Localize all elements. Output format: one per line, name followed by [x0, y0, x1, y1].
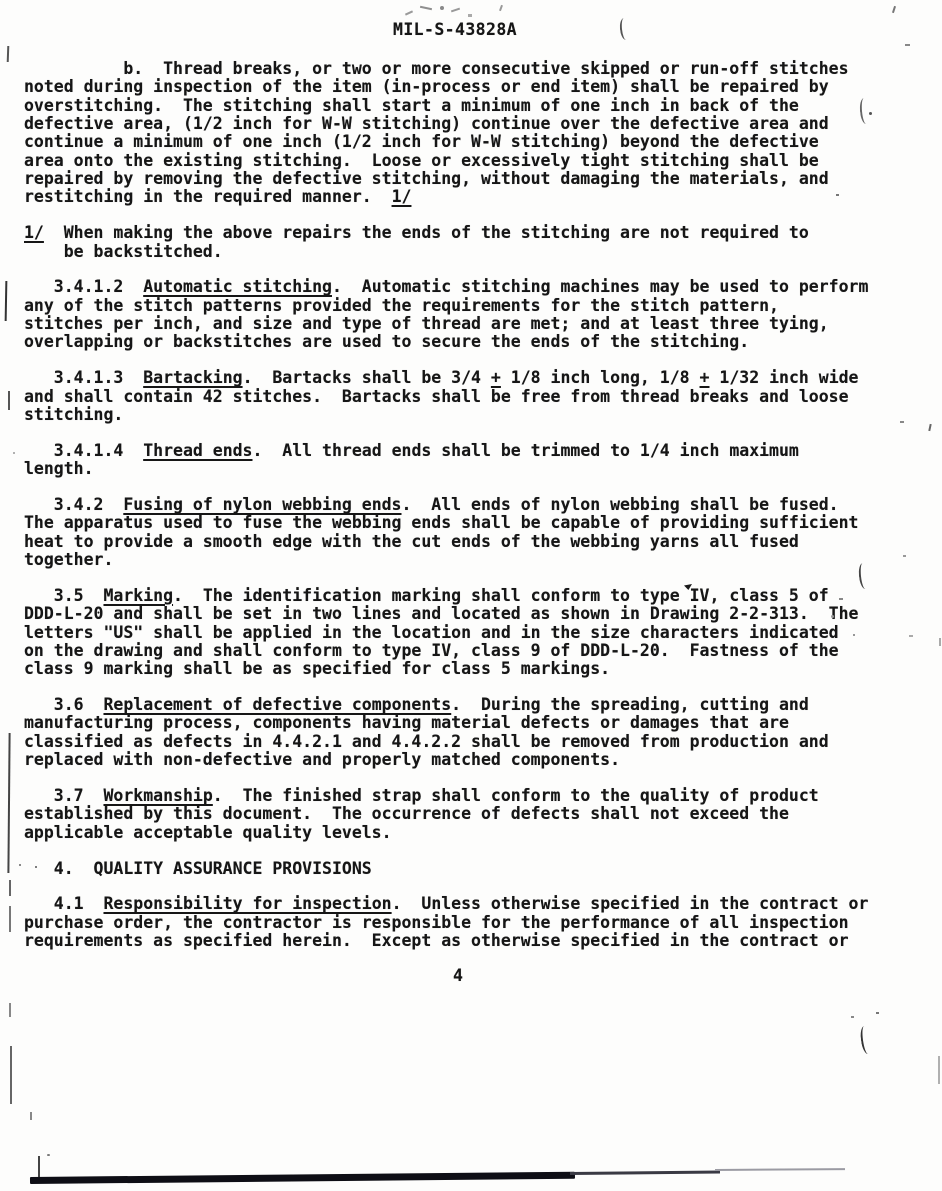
scan-speck [836, 194, 839, 196]
underlined-text: Replacement of defective components [103, 695, 451, 714]
underlined-text: + [700, 368, 710, 387]
underlined-text: Automatic stitching [143, 277, 332, 296]
section-3-6: 3.6 Replacement of defective components.… [24, 696, 868, 769]
scan-speck [905, 44, 910, 46]
section-4-1: 4.1 Responsibility for inspection. Unles… [24, 895, 868, 950]
scan-speck [831, 615, 834, 618]
scan-speck [851, 1016, 854, 1018]
scan-speck [900, 421, 904, 423]
section-3-7: 3.7 Workmanship. The finished strap shal… [24, 787, 868, 842]
scan-speck [35, 866, 37, 868]
underlined-text: Bartacking [143, 368, 242, 387]
margin-line-artifact [8, 391, 10, 410]
scan-speck [909, 635, 913, 637]
footnote-1: 1/ When making the above repairs the end… [24, 224, 868, 261]
pencil-scribble-artifact [405, 10, 413, 15]
margin-line-artifact [9, 1003, 11, 1017]
scan-speck [853, 634, 855, 636]
scan-speck [928, 424, 931, 431]
section-3-4-1-4: 3.4.1.4 Thread ends. All thread ends sha… [24, 442, 868, 479]
pencil-scribble-artifact [420, 6, 432, 10]
scan-speck [47, 1154, 50, 1156]
paren-mark-artifact [619, 18, 631, 41]
pencil-scribble-artifact [468, 14, 472, 17]
underlined-text: Thread ends [143, 441, 252, 460]
section-4: 4. QUALITY ASSURANCE PROVISIONS [24, 860, 868, 878]
margin-line-artifact [9, 906, 11, 932]
margin-line-artifact [9, 880, 11, 896]
underlined-text: Responsibility for inspection [103, 894, 391, 913]
margin-line-artifact [7, 733, 10, 873]
margin-line-artifact [5, 281, 8, 321]
margin-line-artifact [10, 1046, 12, 1104]
paren-mark-artifact [859, 1025, 873, 1054]
bottom-scan-edge [30, 1172, 575, 1184]
section-3-4-1-2: 3.4.1.2 Automatic stitching. Automatic s… [24, 278, 868, 351]
pencil-scribble-artifact [451, 8, 460, 13]
scan-speck [903, 555, 906, 557]
bottom-scan-edge [715, 1168, 845, 1171]
scan-speck [939, 638, 941, 646]
underlined-text: 1/ [24, 223, 44, 242]
scan-speck [876, 1012, 879, 1014]
pencil-scribble-artifact [440, 6, 444, 10]
scan-speck [19, 864, 21, 866]
margin-line-artifact [30, 1112, 32, 1120]
paragraph-b: b. Thread breaks, or two or more consecu… [24, 60, 868, 207]
underlined-text: + [491, 368, 501, 387]
pencil-scribble-artifact [499, 5, 503, 11]
scan-speck [869, 112, 872, 115]
scan-speck [938, 1056, 940, 1084]
scan-speck [839, 598, 843, 600]
bottom-scan-edge [570, 1171, 720, 1175]
underlined-text: Marking [103, 586, 173, 605]
underlined-text: 1/ [392, 187, 412, 206]
section-3-5: 3.5 Marking. The identification marking … [24, 587, 868, 679]
section-3-4-2: 3.4.2 Fusing of nylon webbing ends. All … [24, 496, 868, 569]
document-id-header: MIL-S-43828A [393, 20, 517, 39]
section-3-4-1-3: 3.4.1.3 Bartacking. Bartacks shall be 3/… [24, 369, 868, 424]
scan-speck [13, 452, 15, 454]
scan-speck [892, 6, 896, 13]
margin-line-artifact [7, 46, 10, 62]
underlined-text: Workmanship [103, 786, 212, 805]
document-body: b. Thread breaks, or two or more consecu… [24, 60, 868, 968]
page-number: 4 [453, 966, 463, 985]
underlined-text: Fusing of nylon webbing ends [123, 495, 401, 514]
scanned-document-page: MIL-S-43828A b. Thread breaks, or two or… [0, 0, 942, 1191]
